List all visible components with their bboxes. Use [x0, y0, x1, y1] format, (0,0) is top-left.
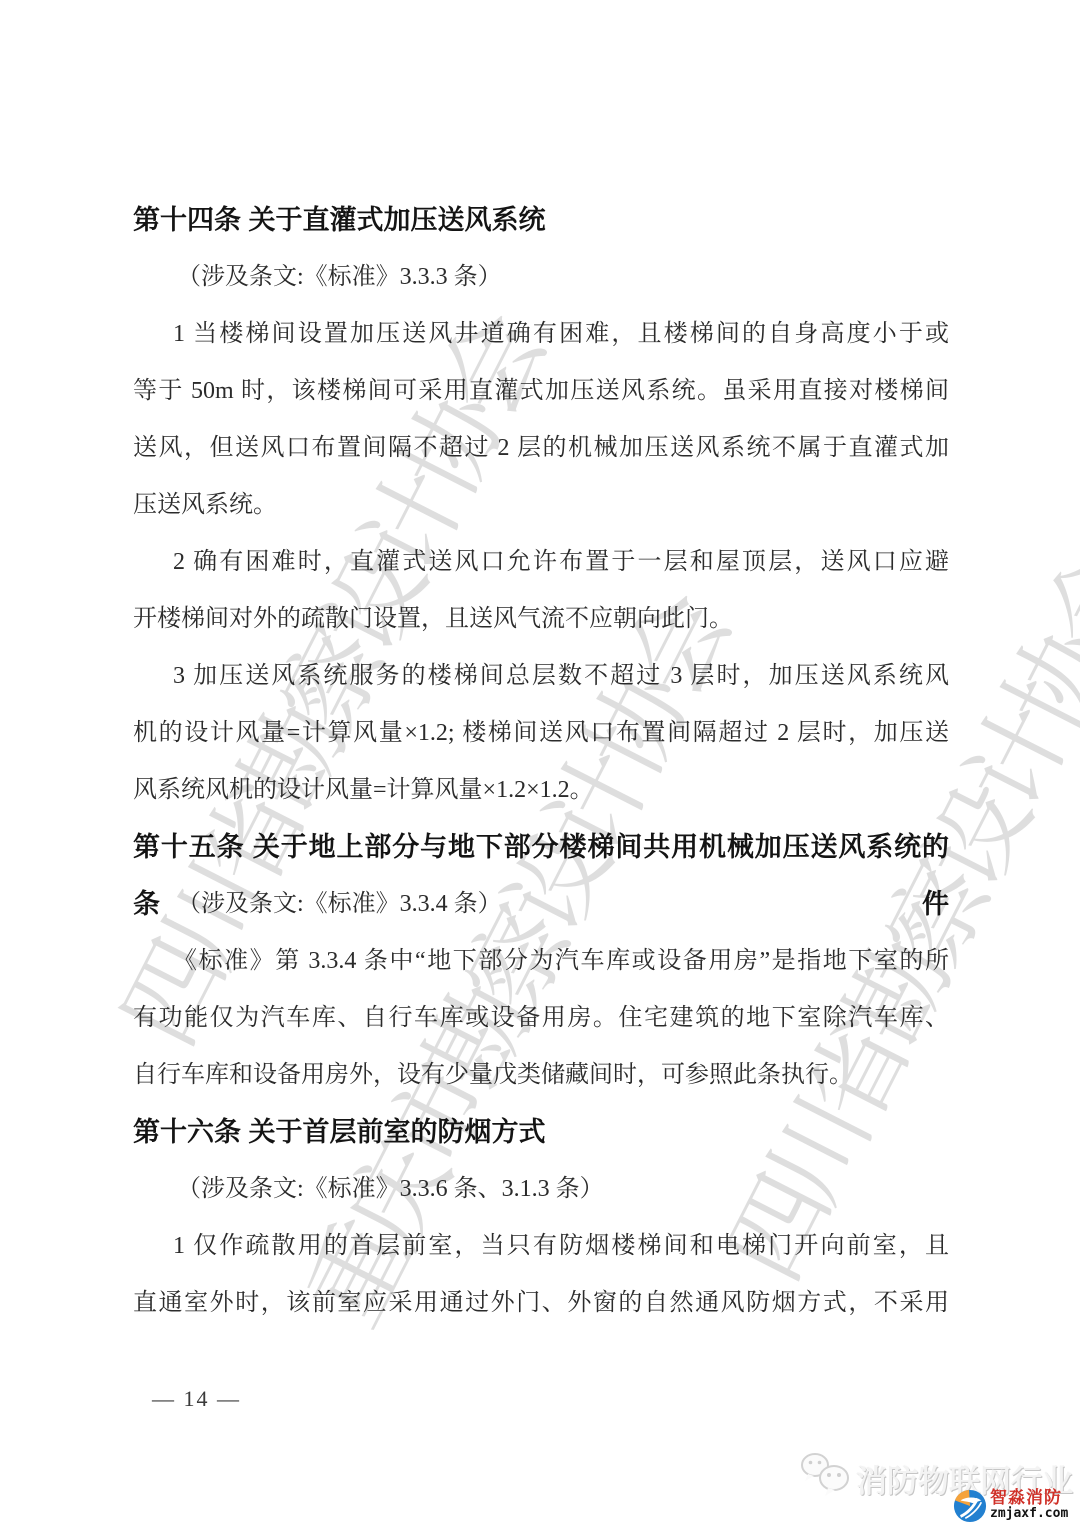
body-line: 《标准》第 3.3.4 条中“地下部分为汽车库或设备用房”是指地下室的所 [133, 933, 949, 990]
body-line: 风系统风机的设计风量=计算风量×1.2×1.2。 [133, 762, 949, 819]
document-page: 四川省勘察设计协会 重庆市勘察设计协会 四川省勘察设计协会 第十四条 关于直灌式… [0, 0, 1080, 1527]
article-14-heading: 第十四条 关于直灌式加压送风系统 [133, 192, 949, 249]
reference-clause: （涉及条文:《标准》3.3.3 条） [133, 249, 949, 306]
body-line: 3 加压送风系统服务的楼梯间总层数不超过 3 层时，加压送风系统风 [133, 648, 949, 705]
article-15-heading: 第十五条 关于地上部分与地下部分楼梯间共用机械加压送风系统的条件 [133, 819, 949, 876]
body-line: 2 确有困难时，直灌式送风口允许布置于一层和屋顶层，送风口应避 [133, 534, 949, 591]
body-line: 等于 50m 时，该楼梯间可采用直灌式加压送风系统。虽采用直接对楼梯间 [133, 363, 949, 420]
vendor-logo-icon [953, 1489, 987, 1523]
body-line: 开楼梯间对外的疏散门设置，且送风气流不应朝向此门。 [133, 591, 949, 648]
body-line: 送风，但送风口布置间隔不超过 2 层的机械加压送风系统不属于直灌式加 [133, 420, 949, 477]
article-16-heading: 第十六条 关于首层前室的防烟方式 [133, 1104, 949, 1161]
vendor-logo-domain: zmjaxf.com [990, 1506, 1068, 1521]
reference-clause: （涉及条文:《标准》3.3.6 条、3.1.3 条） [133, 1161, 949, 1218]
body-line: 1 仅作疏散用的首层前室，当只有防烟楼梯间和电梯门开向前室，且 [133, 1218, 949, 1275]
document-content: 第十四条 关于直灌式加压送风系统 （涉及条文:《标准》3.3.3 条） 1 当楼… [133, 192, 949, 1332]
body-line: 有功能仅为汽车库、自行车库或设备用房。住宅建筑的地下室除汽车库、 [133, 990, 949, 1047]
vendor-logo-text: 智淼消防 zmjaxf.com [990, 1489, 1068, 1521]
wechat-icon [798, 1450, 854, 1505]
body-line: 机的设计风量=计算风量×1.2; 楼梯间送风口布置间隔超过 2 层时，加压送 [133, 705, 949, 762]
vendor-logo-title: 智淼消防 [990, 1489, 1068, 1506]
body-line: 自行车库和设备用房外，设有少量戊类储藏间时，可参照此条执行。 [133, 1047, 949, 1104]
vendor-logo: 智淼消防 zmjaxf.com [953, 1489, 1068, 1523]
body-line: 直通室外时，该前室应采用通过外门、外窗的自然通风防烟方式，不采用 [133, 1275, 949, 1332]
page-number: — 14 — [152, 1386, 241, 1412]
body-line: 压送风系统。 [133, 477, 949, 534]
body-line: 1 当楼梯间设置加压送风井道确有困难，且楼梯间的自身高度小于或 [133, 306, 949, 363]
